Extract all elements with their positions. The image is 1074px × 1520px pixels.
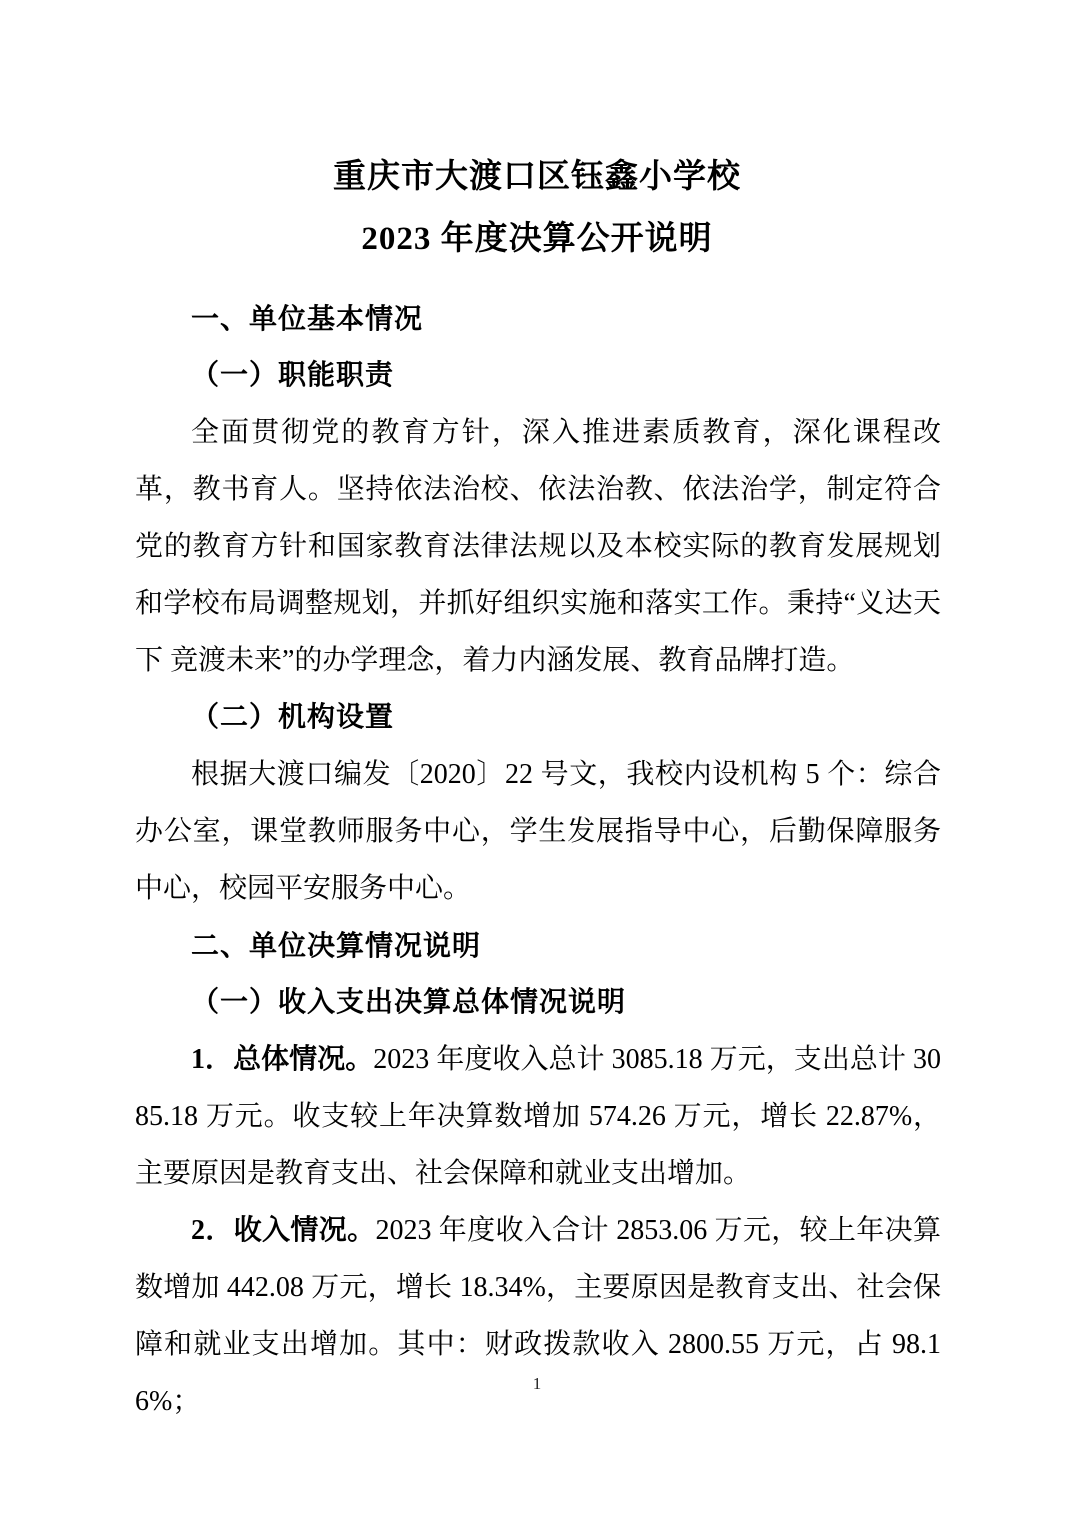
document-page: 重庆市大渡口区钰鑫小学校 2023 年度决算公开说明 一、单位基本情况 （一）职… xyxy=(0,0,1074,1520)
subsection-heading-duties: （一）职能职责 xyxy=(135,347,941,404)
document-title-line2: 2023 年度决算公开说明 xyxy=(0,208,1074,270)
document-title-line1: 重庆市大渡口区钰鑫小学校 xyxy=(0,146,1074,208)
page-number: 1 xyxy=(533,1374,542,1393)
document-title: 重庆市大渡口区钰鑫小学校 2023 年度决算公开说明 xyxy=(0,146,1074,270)
page-footer: 1 xyxy=(0,1372,1074,1396)
paragraph-duties: 全面贯彻党的教育方针，深入推进素质教育，深化课程改革，教书育人。坚持依法治校、依… xyxy=(135,404,941,689)
paragraph-organization: 根据大渡口编发〔2020〕22 号文，我校内设机构 5 个：综合办公室，课堂教师… xyxy=(135,746,941,917)
section-heading-final-accounts: 二、单位决算情况说明 xyxy=(135,917,941,974)
paragraph-overall-situation: 1．总体情况。2023 年度收入总计 3085.18 万元，支出总计 3085.… xyxy=(135,1031,941,1202)
document-body: 一、单位基本情况 （一）职能职责 全面贯彻党的教育方针，深入推进素质教育，深化课… xyxy=(135,290,941,1430)
subsection-heading-revenue-expenditure-overview: （一）收入支出决算总体情况说明 xyxy=(135,974,941,1031)
subsection-heading-organization: （二）机构设置 xyxy=(135,689,941,746)
item-lead-overall-situation: 1．总体情况。 xyxy=(191,1044,373,1075)
item-lead-income-situation: 2．收入情况。 xyxy=(191,1215,375,1246)
section-heading-basic-info: 一、单位基本情况 xyxy=(135,290,941,347)
